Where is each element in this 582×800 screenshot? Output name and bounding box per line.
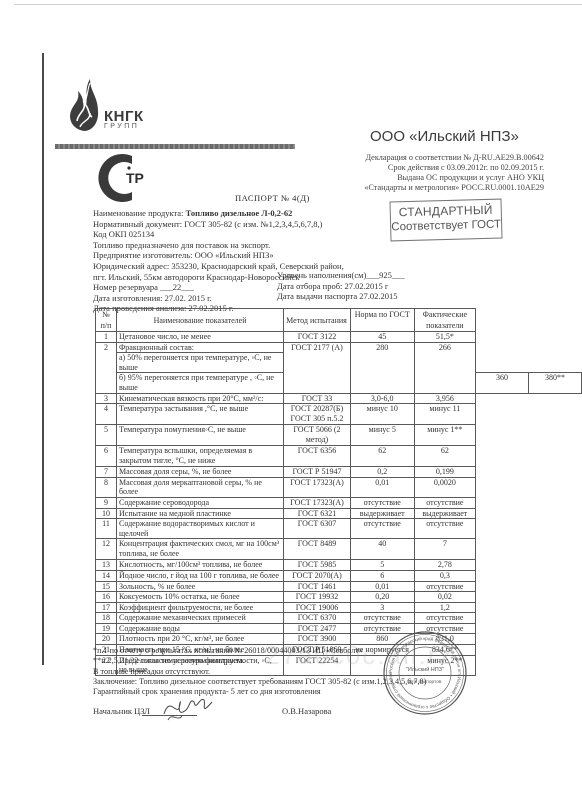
table-row: 17Коэффициент фильтруемости, не болееГОС… xyxy=(96,602,582,613)
row-name: Температура помутнения◦С, не выше xyxy=(116,425,283,446)
row-norm: отсутствие xyxy=(350,497,414,508)
row-name: Температура вспышки, определяемая в закр… xyxy=(116,446,283,467)
row-fact: отсутствие xyxy=(414,497,475,508)
stamp-line-2: Соответствует ГОСТ xyxy=(391,219,501,234)
row-fact: 7 xyxy=(414,539,475,560)
round-seal-icon: Россия Краснодарский край Северский райо… xyxy=(382,630,468,716)
table-row: 14Йодное число, г йод на 100 г топлива, … xyxy=(96,570,582,581)
row-number: 12 xyxy=(96,539,117,560)
row-name: Содержание водорастворимых кислот и щело… xyxy=(116,519,283,539)
row-method: ГОСТ 6370 xyxy=(284,613,351,624)
table-row: 5Температура помутнения◦С, не вышеГОСТ 5… xyxy=(96,425,582,446)
row-method: ГОСТ 3122 xyxy=(284,332,351,343)
row-method: ГОСТ 19932 xyxy=(284,592,351,603)
row-number: 19 xyxy=(96,623,117,634)
table-header-row: № п/п Наименование показателей Метод исп… xyxy=(96,309,582,332)
margin-bar xyxy=(42,53,44,665)
row-name: Испытание на медной пластинке xyxy=(116,508,283,519)
row-number: 5 xyxy=(96,425,117,446)
row-method: ГОСТ 1461 xyxy=(284,581,351,592)
table-row: 3Кинематическая вязкость при 20°С, мм²/с… xyxy=(96,393,582,404)
ctp-mark-icon: ТР xyxy=(98,152,158,204)
flame-drop-icon xyxy=(68,77,100,132)
row-fact: отсутствие xyxy=(414,519,475,539)
row-fact: 0,3 xyxy=(414,570,475,581)
row-method: ГОСТ 5985 xyxy=(284,560,351,571)
row-fact: 2,78 xyxy=(414,560,475,571)
row-method: ГОСТ 2177 (А) xyxy=(284,342,351,393)
row-norm: 280 xyxy=(350,342,414,393)
row-name: Плотность при 20 °С, кг/м³, не более xyxy=(116,634,283,645)
row-name: Зольность, % не более xyxy=(116,581,283,592)
row-number: 14 xyxy=(96,570,117,581)
row-method: ГОСТ 6307 xyxy=(284,519,351,539)
row-norm: 3,0-6,0 xyxy=(350,393,414,404)
row-name: Массовая доля меркаптановой серы, % не б… xyxy=(116,477,283,497)
row-name: Массовая доля серы, %, не более xyxy=(116,467,283,478)
row-name: Содержание сероводорода xyxy=(116,497,283,508)
issue-date: Дата выдачи паспорта 27.02.2015 xyxy=(277,291,405,302)
row-number: 6 xyxy=(96,446,117,467)
table-row: 16Коксуемость 10% остатка, не болееГОСТ … xyxy=(96,592,582,603)
row-number: 16 xyxy=(96,592,117,603)
header-no: № п/п xyxy=(96,309,117,332)
row-name: Коэффициент фильтруемости, не более xyxy=(116,602,283,613)
header-name: Наименование показателей xyxy=(116,309,283,332)
row-number: 13 xyxy=(96,560,117,571)
declaration-line: Декларация о соответствии № Д-RU.AE29.В.… xyxy=(364,153,544,163)
declaration-line: Срок действия с 03.09.2012г. по 02.09.20… xyxy=(364,163,544,173)
row-norm: 5 xyxy=(350,560,414,571)
row-number: 3 xyxy=(96,393,117,404)
table-row: 11Содержание водорастворимых кислот и ще… xyxy=(96,519,582,539)
row-norm: минус 10 xyxy=(350,404,414,425)
row-number: 7 xyxy=(96,467,117,478)
row-subname: б) 95% перегоняется при температуре , ◦С… xyxy=(116,373,283,393)
row-number: 9 xyxy=(96,497,117,508)
table-row: 19Содержание водыГОСТ 2477отсутствиеотсу… xyxy=(96,623,582,634)
footnote: **п.2,5,21,22 согласно условиям контракт… xyxy=(93,656,426,666)
row-number: 17 xyxy=(96,602,117,613)
row-number: 1 xyxy=(96,332,117,343)
row-norm: 0,01 xyxy=(350,477,414,497)
row-method: ГОСТ 2477 xyxy=(284,623,351,634)
row-method: ГОСТ 6356 xyxy=(284,446,351,467)
header-norm: Норма по ГОСТ xyxy=(350,309,414,332)
row-method: ГОСТ 17323(А) xyxy=(284,477,351,497)
row-number: 4 xyxy=(96,404,117,425)
row-subname: а) 50% перегоняется при температуре, ◦С,… xyxy=(116,353,283,373)
row-fact: 0,199 xyxy=(414,467,475,478)
row-name: Кинематическая вязкость при 20°С, мм²/с: xyxy=(116,393,283,404)
declaration-line: «Стандарты и метрология» РОСС.RU.0001.10… xyxy=(364,183,544,193)
row-fact: 0,0020 xyxy=(414,477,475,497)
purpose: Топливо предназначено для поставок на эк… xyxy=(93,240,344,251)
table-row: 10Испытание на медной пластинкеГОСТ 6321… xyxy=(96,508,582,519)
table-row: 2Фракционный состав:ГОСТ 2177 (А)280266 xyxy=(96,342,582,353)
company-name: ООО «Ильский НПЗ» xyxy=(370,128,519,145)
table-row: 15Зольность, % не болееГОСТ 14610,01отсу… xyxy=(96,581,582,592)
signer-name: О.В.Назарова xyxy=(282,706,331,716)
row-name: Содержание механических примесей xyxy=(116,613,283,624)
brand-logo-sub: ГРУПП xyxy=(104,123,139,130)
footnote: *п.1 по отчету о результатах испытаний №… xyxy=(93,646,426,656)
page-edge-line xyxy=(14,4,582,5)
row-method: ГОСТ 33 xyxy=(284,393,351,404)
row-norm: отсутствие xyxy=(350,613,414,624)
row-norm: 45 xyxy=(350,332,414,343)
table-row: 8Массовая доля меркаптановой серы, % не … xyxy=(96,477,582,497)
product-name-line: Наименование продукта: Топливо дизельное… xyxy=(93,208,344,219)
table-row: 18Содержание механических примесейГОСТ 6… xyxy=(96,613,582,624)
row-name: Кислотность, мг/100см³ топлива, не более xyxy=(116,560,283,571)
header-method: Метод испытания xyxy=(284,309,351,332)
row-fact: 1,2 xyxy=(414,602,475,613)
signature-scrawl-icon xyxy=(160,690,216,724)
row-method: ГОСТ Р 51947 xyxy=(284,467,351,478)
row-fact: 62 xyxy=(414,446,475,467)
row-name: Температура застывания ,°С, не выше xyxy=(116,404,283,425)
row-name: Йодное число, г йод на 100 г топлива, не… xyxy=(116,570,283,581)
row-fact: отсутствие xyxy=(414,581,475,592)
row-norm: 3 xyxy=(350,602,414,613)
row-fact: 380** xyxy=(528,373,581,393)
table-row: 4Температура застывания ,°С, не вышеГОСТ… xyxy=(96,404,582,425)
svg-text:"Ильский НПЗ": "Ильский НПЗ" xyxy=(406,666,444,673)
row-number: 18 xyxy=(96,613,117,624)
footnotes: *п.1 по отчету о результатах испытаний №… xyxy=(93,646,426,697)
row-norm: 40 xyxy=(350,539,414,560)
sampling-date: Дата отбора проб: 27.02.2015 г xyxy=(277,281,405,292)
row-number: 10 xyxy=(96,508,117,519)
table-row: 6Температура вспышки, определяемая в зак… xyxy=(96,446,582,467)
row-name: Концентрация фактических смол, мг на 100… xyxy=(116,539,283,560)
product-name: Топливо дизельное Л-0,2-62 xyxy=(186,208,293,218)
header-divider xyxy=(55,144,295,149)
declaration-block: Декларация о соответствии № Д-RU.AE29.В.… xyxy=(364,153,544,193)
warranty: Гарантийный срок хранения продукта- 5 ле… xyxy=(93,687,426,697)
row-fact: выдерживает xyxy=(414,508,475,519)
table-row: 9Содержание сероводородаГОСТ 17323(А)отс… xyxy=(96,497,582,508)
row-norm: 360 xyxy=(475,373,528,393)
row-method: ГОСТ 19006 xyxy=(284,602,351,613)
row-number: 2 xyxy=(96,342,117,393)
row-number: 15 xyxy=(96,581,117,592)
row-norm: 62 xyxy=(350,446,414,467)
fill-level: Уровень наполнения(см)___925___ xyxy=(277,270,405,281)
row-method: ГОСТ 6321 xyxy=(284,508,351,519)
row-name: Цетановое число, не менее xyxy=(116,332,283,343)
svg-text:ТР: ТР xyxy=(126,170,144,186)
declaration-line: Выдана ОС продукции и услуг АНО УКЦ xyxy=(364,173,544,183)
row-fact: 51,5* xyxy=(414,332,475,343)
row-method: ГОСТ 17323(А) xyxy=(284,497,351,508)
row-norm: минус 5 xyxy=(350,425,414,446)
standard-stamp: СТАНДАРТНЫЙ Соответствует ГОСТ xyxy=(389,199,502,242)
table-row: 7Массовая доля серы, %, не болееГОСТ Р 5… xyxy=(96,467,582,478)
row-name: Коксуемость 10% остатка, не более xyxy=(116,592,283,603)
row-name: Содержание воды xyxy=(116,623,283,634)
row-norm: 6 xyxy=(350,570,414,581)
parameters-table: № п/п Наименование показателей Метод исп… xyxy=(95,308,582,676)
row-fact: 3,956 xyxy=(414,393,475,404)
okp-code: Код ОКП 025134 xyxy=(93,229,344,240)
row-method: ГОСТ 5066 (2 метод) xyxy=(284,425,351,446)
row-method: ГОСТ 8489 xyxy=(284,539,351,560)
row-method: ГОСТ 2070(А) xyxy=(284,570,351,581)
row-method: ГОСТ 20287(Б) ГОСТ 305 п.5.2 xyxy=(284,404,351,425)
conclusion: Заключение: Топливо дизельное соответств… xyxy=(93,677,426,687)
row-number: 20 xyxy=(96,634,117,645)
table-row: 1Цетановое число, не менееГОСТ 31224551,… xyxy=(96,332,582,343)
row-fact: отсутствие xyxy=(414,613,475,624)
row-name: Фракционный состав: xyxy=(116,342,283,353)
sampling-info: Уровень наполнения(см)___925___ Дата отб… xyxy=(277,270,405,302)
passport-title: ПАСПОРТ № 4(Д) xyxy=(235,193,310,203)
row-fact: 0,02 xyxy=(414,592,475,603)
svg-text:Для паспортов: Для паспортов xyxy=(409,679,442,685)
table-row: 12Концентрация фактических смол, мг на 1… xyxy=(96,539,582,560)
header-fact: Фактические показатели xyxy=(414,309,475,332)
stamp-line-1: СТАНДАРТНЫЙ xyxy=(391,203,501,220)
row-fact: 266 xyxy=(414,342,475,393)
table-row: 13Кислотность, мг/100см³ топлива, не бол… xyxy=(96,560,582,571)
row-number: 11 xyxy=(96,519,117,539)
row-norm: 0,2 xyxy=(350,467,414,478)
row-norm: отсутствие xyxy=(350,519,414,539)
row-norm: выдерживает xyxy=(350,508,414,519)
row-number: 8 xyxy=(96,477,117,497)
footnote: В топливе присадки отсутствуют. xyxy=(93,667,426,677)
row-fact: минус 11 xyxy=(414,404,475,425)
normative-document: Нормативный документ: ГОСТ 305-82 (с изм… xyxy=(93,219,344,230)
row-fact: минус 1** xyxy=(414,425,475,446)
manufacturer: Предприятие изготовитель: ООО «Ильский Н… xyxy=(93,250,344,261)
row-norm: 0,20 xyxy=(350,592,414,603)
row-norm: 0,01 xyxy=(350,581,414,592)
